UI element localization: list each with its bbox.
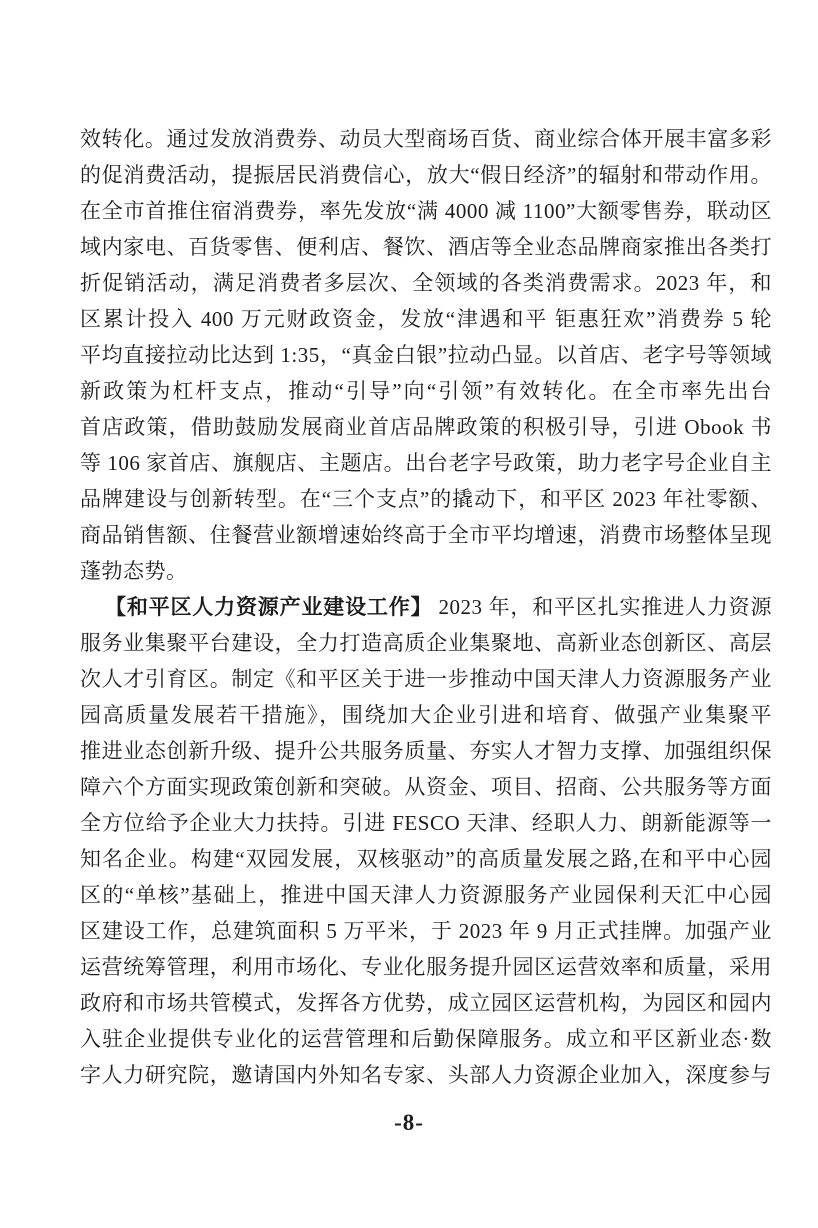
document-page: 效转化。通过发放消费券、动员大型商场百货、商业综合体开展丰富多彩的促消费活动，提… xyxy=(0,0,818,1228)
text-segment: 全方位给予企业大力扶持。引进 FESCO 天津、经职人力、朗新能源等一批 xyxy=(80,811,772,841)
text-segment: 推进业态创新升级、提升公共服务质量、夯实人才智力支撑、加强组织保 xyxy=(80,739,772,763)
text-line: 域内家电、百货零售、便利店、餐饮、酒店等全业态品牌商家推出各类打 xyxy=(80,229,772,265)
text-segment: 区建设工作，总建筑面积 5 万平米，于 2023 年 9 月正式挂牌。加强产业园 xyxy=(80,919,772,949)
text-segment: 的促消费活动，提振居民消费信心，放大“假日经济”的辐射和带动作用。 xyxy=(80,163,772,187)
text-segment: 字人力研究院，邀请国内外知名专家、头部人力资源企业加入，深度参与 xyxy=(80,1063,772,1087)
text-line: 商品销售额、住餐营业额增速始终高于全市平均增速，消费市场整体呈现 xyxy=(80,517,772,553)
text-segment: 区的“单核”基础上，推进中国天津人力资源服务产业园保利天汇中心园 xyxy=(80,883,772,907)
text-line: 运营统筹管理，利用市场化、专业化服务提升园区运营效率和质量，采用 xyxy=(80,949,772,985)
text-segment: 入驻企业提供专业化的运营管理和后勤保障服务。成立和平区新业态·数 xyxy=(80,1027,772,1051)
text-line: 全方位给予企业大力扶持。引进 FESCO 天津、经职人力、朗新能源等一批 xyxy=(80,805,772,841)
text-segment: 品牌建设与创新转型。在“三个支点”的撬动下，和平区 2023 年社零额、 xyxy=(80,487,772,511)
document-body: 效转化。通过发放消费券、动员大型商场百货、商业综合体开展丰富多彩的促消费活动，提… xyxy=(80,121,772,1093)
text-segment: 首店政策，借助鼓励发展商业首店品牌政策的积极引导，引进 Obook 书店 xyxy=(80,415,772,445)
text-segment: 服务业集聚平台建设，全力打造高质企业集聚地、高新业态创新区、高层 xyxy=(80,631,772,655)
text-line: 新政策为杠杆支点，推动“引导”向“引领”有效转化。在全市率先出台 xyxy=(80,373,772,409)
text-segment: 折促销活动，满足消费者多层次、全领域的各类消费需求。2023 年，和平 xyxy=(80,271,772,301)
text-line: 字人力研究院，邀请国内外知名专家、头部人力资源企业加入，深度参与 xyxy=(80,1057,772,1093)
text-segment: 园高质量发展若干措施》，围绕加大企业引进和培育、做强产业集聚平台、 xyxy=(80,703,772,733)
text-segment: 平均直接拉动比达到 1:35，“真金白银”拉动凸显。以首店、老字号等领域 xyxy=(80,343,772,367)
text-line: 蓬勃态势。 xyxy=(80,553,772,589)
text-segment: 等 106 家首店、旗舰店、主题店。出台老字号政策，助力老字号企业自主 xyxy=(80,451,772,475)
text-line: 障六个方面实现政策创新和突破。从资金、项目、招商、公共服务等方面 xyxy=(80,769,772,805)
text-segment: 2023 年，和平区扎实推进人力资源 xyxy=(432,595,772,619)
text-segment: 域内家电、百货零售、便利店、餐饮、酒店等全业态品牌商家推出各类打 xyxy=(80,235,772,259)
text-line: 区的“单核”基础上，推进中国天津人力资源服务产业园保利天汇中心园 xyxy=(80,877,772,913)
text-segment: 商品销售额、住餐营业额增速始终高于全市平均增速，消费市场整体呈现 xyxy=(80,523,772,547)
text-line: 政府和市场共管模式，发挥各方优势，成立园区运营机构，为园区和园内 xyxy=(80,985,772,1021)
text-segment: 在全市首推住宿消费券，率先发放“满 4000 减 1100”大额零售券，联动区 xyxy=(80,199,772,223)
entry-heading: 【和平区人力资源产业建设工作】 xyxy=(105,595,432,619)
text-line: 的促消费活动，提振居民消费信心，放大“假日经济”的辐射和带动作用。 xyxy=(80,157,772,193)
text-segment: 次人才引育区。制定《和平区关于进一步推动中国天津人力资源服务产业 xyxy=(80,667,772,691)
text-segment: 区累计投入 400 万元财政资金，发放“津遇和平 钜惠狂欢”消费券 5 轮次， xyxy=(80,307,772,337)
text-segment: 知名企业。构建“双园发展，双核驱动”的高质量发展之路,在和平中心园 xyxy=(80,847,772,871)
page-number: -8- xyxy=(0,1110,818,1136)
text-line: 服务业集聚平台建设，全力打造高质企业集聚地、高新业态创新区、高层 xyxy=(80,625,772,661)
text-line: 推进业态创新升级、提升公共服务质量、夯实人才智力支撑、加强组织保 xyxy=(80,733,772,769)
text-line: 品牌建设与创新转型。在“三个支点”的撬动下，和平区 2023 年社零额、 xyxy=(80,481,772,517)
text-line: 入驻企业提供专业化的运营管理和后勤保障服务。成立和平区新业态·数 xyxy=(80,1021,772,1057)
text-line: 平均直接拉动比达到 1:35，“真金白银”拉动凸显。以首店、老字号等领域 xyxy=(80,337,772,373)
text-line: 首店政策，借助鼓励发展商业首店品牌政策的积极引导，引进 Obook 书店 xyxy=(80,409,772,445)
text-line: 效转化。通过发放消费券、动员大型商场百货、商业综合体开展丰富多彩 xyxy=(80,121,772,157)
text-segment: 政府和市场共管模式，发挥各方优势，成立园区运营机构，为园区和园内 xyxy=(80,991,772,1015)
text-line: 等 106 家首店、旗舰店、主题店。出台老字号政策，助力老字号企业自主 xyxy=(80,445,772,481)
text-line: 知名企业。构建“双园发展，双核驱动”的高质量发展之路,在和平中心园 xyxy=(80,841,772,877)
text-segment: 新政策为杠杆支点，推动“引导”向“引领”有效转化。在全市率先出台 xyxy=(80,379,772,403)
text-line: 在全市首推住宿消费券，率先发放“满 4000 减 1100”大额零售券，联动区 xyxy=(80,193,772,229)
text-line: 园高质量发展若干措施》，围绕加大企业引进和培育、做强产业集聚平台、 xyxy=(80,697,772,733)
text-segment: 蓬勃态势。 xyxy=(80,559,188,583)
text-line: 区建设工作，总建筑面积 5 万平米，于 2023 年 9 月正式挂牌。加强产业园 xyxy=(80,913,772,949)
text-line: 区累计投入 400 万元财政资金，发放“津遇和平 钜惠狂欢”消费券 5 轮次， xyxy=(80,301,772,337)
text-line: 【和平区人力资源产业建设工作】 2023 年，和平区扎实推进人力资源 xyxy=(80,589,772,625)
text-segment: 运营统筹管理，利用市场化、专业化服务提升园区运营效率和质量，采用 xyxy=(80,955,772,979)
text-line: 折促销活动，满足消费者多层次、全领域的各类消费需求。2023 年，和平 xyxy=(80,265,772,301)
text-segment: 效转化。通过发放消费券、动员大型商场百货、商业综合体开展丰富多彩 xyxy=(80,127,772,151)
text-line: 次人才引育区。制定《和平区关于进一步推动中国天津人力资源服务产业 xyxy=(80,661,772,697)
text-segment: 障六个方面实现政策创新和突破。从资金、项目、招商、公共服务等方面 xyxy=(80,775,772,799)
